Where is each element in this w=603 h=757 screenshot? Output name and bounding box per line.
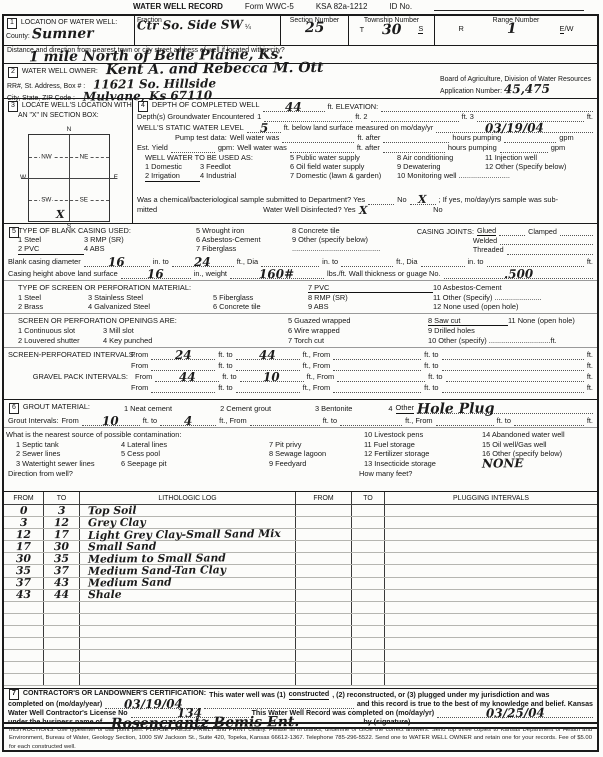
spi-from-value: 24 [175,351,192,359]
blank-line [341,258,393,267]
screen-material-title: TYPE OF SCREEN OR PERFORATION MATERIAL: [18,283,308,293]
plugging-to-blank [352,505,385,516]
blank-line [500,236,593,245]
plugging-interval-blank [385,674,597,685]
county-cell: 1LOCATION OF WATER WELL: County: Sumner [4,16,135,45]
screen-opening-option: 3 Mill slot [103,326,288,335]
ft-label: ft. [587,372,593,382]
casing-option: 7 Fiberglass [196,244,292,254]
groundwater-3-label: ft. 3 [462,112,474,122]
screen-opening-option: 2 Louvered shutter [18,336,103,345]
screen-material-option: 4 Galvanized Steel [88,302,213,311]
plugging-from-blank [296,517,352,528]
depth-completed-label: DEPTH OF COMPLETED WELL [152,100,260,109]
casing-diameter-blank: 16 [84,258,150,267]
locate-title-line1: LOCATE WELL'S LOCATION WITH [22,102,132,109]
ft-label: ft. [587,350,593,360]
wall-thickness-blank: .500 [444,270,594,279]
litho-from-value [4,662,44,673]
casing-diameter-label: Blank casing diameter [8,257,81,267]
litho-description-value: Shale [80,590,296,601]
litho-to-value [44,626,80,637]
plugging-to-blank [352,565,385,576]
plugging-interval-blank [385,541,597,552]
plugging-to-blank [352,674,385,685]
litho-from-value: 12 [4,529,44,540]
casing-option: 1 Steel [18,235,84,244]
litho-to-value [44,674,80,685]
openings-title: SCREEN OR PERFORATION OPENINGS ARE: [18,316,288,326]
blank-casing-options: TYPE OF BLANK CASING USED:5 Wrought iron… [4,226,417,255]
completed-date-value: 03/19/04 [124,700,183,709]
township-t-label: T [360,25,365,34]
casing-option: 5 Wrought iron [196,226,292,235]
contamination-option: 2 Sewer lines [16,449,121,459]
in-to-label: in. to [468,257,484,267]
plugging-from-blank [296,626,352,637]
ft-dia-label: ft., Dia [237,257,258,267]
contamination-option: 5 Cess pool [121,449,269,459]
gravel-pack-intervals-label: GRAVEL PACK INTERVALS: [8,372,132,382]
grout-option-other-selected: Other [396,403,414,414]
litho-description-value: Medium Sand [88,580,172,587]
id-number-blank [434,2,584,11]
litho-from-value: 37 [16,580,31,586]
casing-joints-block: CASING JOINTS:GluedClamped Welded Thread… [417,226,597,255]
litho-from-value [4,650,44,661]
locate-title-line2: AN "X" IN SECTION BOX: [4,112,132,120]
litho-from-value: 35 [16,568,31,574]
fraction-cell: Fraction Ctr So. Side SW ¼ [135,16,281,45]
screen-perforated-intervals-label: SCREEN-PERFORATED INTERVALS: [8,350,128,360]
water-well-record-document: WATER WELL RECORD Form WWC-5 KSA 82a-121… [0,0,603,757]
litho-description-value [80,602,296,613]
litho-to-value: 37 [54,568,69,574]
grout-to-value: 4 [184,417,192,425]
grout-option-bentonite: 3 Bentonite [315,404,352,414]
plugging-interval-blank [385,662,597,673]
spi-from-blank: 24 [151,351,215,360]
litho-from-value: 3 [20,520,28,526]
in-to-label: in. to [153,257,169,267]
plugging-from-blank [296,578,352,589]
blank-line [333,362,421,371]
screen-opening-option: 6 Wire wrapped [288,326,428,335]
litho-to-value: 35 [44,553,80,564]
contamination-option: 9 Feedyard [269,459,364,469]
litho-to-value: 17 [54,532,69,538]
ft-to-label: ft. to [218,383,232,393]
static-water-level-label: WELL'S STATIC WATER LEVEL [137,123,244,133]
blank-line [446,373,584,382]
statute-reference: KSA 82a-1212 [316,2,368,11]
screen-material-option: 5 Fiberglass [213,293,308,302]
litho-to-value: 30 [54,544,69,550]
quadrant-se-label: SE [79,196,89,203]
litho-to-value: 37 [44,565,80,576]
yield-well-water-label: Well water was [237,143,287,153]
casing-title: TYPE OF BLANK CASING USED: [18,226,196,235]
contamination-option: 12 Fertilizer storage [364,449,482,459]
yield-gpm-blank [500,144,548,153]
contamination-options: What is the nearest source of possible c… [4,427,597,468]
ft-from-label: ft., From [307,372,335,382]
screen-opening-option: 10 Other (specify) .....................… [428,336,594,345]
casing-weight-blank: 160# [230,270,324,279]
pump-hours-blank [383,134,449,143]
casing-weight-value: 160# [259,269,294,277]
litho-description-value: Medium Sand-Tan Clay [80,565,296,576]
screen-material-option: 1 Steel [18,293,88,302]
county-value: Sumner [32,30,94,39]
litho-to-value: 3 [44,505,80,516]
table-row: 3035Medium to Small Sand [4,553,597,565]
plugging-interval-blank [385,505,597,516]
table-row [4,638,597,650]
how-many-feet-label: How many feet? [359,469,412,479]
litho-from-value: 30 [4,553,44,564]
disinfected-no-label: No [433,205,442,215]
plugging-to-blank [352,578,385,589]
plugging-from-blank [296,662,352,673]
ft-to-label: ft. to [424,361,438,371]
casing-option: ........................................… [292,244,404,254]
plugging-from-blank [296,541,352,552]
section-7-number: 7 [9,689,19,700]
contamination-option: 1 Septic tank [16,440,121,450]
section-depth-details: 4DEPTH OF COMPLETED WELL 44 ft. ELEVATIO… [133,99,597,223]
plugging-interval-blank [385,565,597,576]
use-option: 1 Domestic [145,162,200,171]
plugging-to-blank [352,602,385,613]
blank-line [487,258,584,267]
litho-to-value: 12 [54,520,69,526]
sample-question-cont-label: ; If yes, mo/day/yrs sample was sub- [439,195,559,205]
casing-diameter-value: 16 [108,258,125,266]
plugging-interval-blank [385,614,597,625]
quarter-symbol: ¼ [245,24,251,31]
litho-from-value: 43 [4,590,44,601]
township-value: 30 [381,26,401,34]
plugging-interval-blank [385,578,597,589]
groundwater-ft-label: ft. [587,112,593,122]
litho-to-value [44,602,80,613]
use-option: 6 Oil field water supply [290,162,397,171]
plugging-from-blank [296,505,352,516]
screen-opening-option: 1 Continuous slot [18,326,103,335]
blank-line [499,227,525,236]
litho-from-value: 3 [4,517,44,528]
use-option: 10 Monitoring well .....................… [397,171,594,181]
screen-material-option: 9 ABS [308,302,433,311]
table-row [4,614,597,626]
ft-to-label: ft. to [323,416,337,426]
from-label: From [62,416,79,426]
ft-label: ft. [587,416,593,426]
gpi-from-value: 44 [179,373,196,381]
litho-from-value [4,674,44,685]
blank-line [514,417,584,426]
grout-option-cement-grout: 2 Cement grout [220,404,271,414]
section-4-number: 4 [138,101,148,112]
use-option: 5 Public water supply [290,153,397,162]
plugging-from-blank [296,529,352,540]
ft-to-label: ft. to [222,372,236,382]
plugging-to-blank [352,614,385,625]
casing-joint-glued-selected: Glued [477,226,496,236]
casing-option: 6 Asbestos-Cement [196,235,292,244]
document-title: WATER WELL RECORD [133,2,223,11]
est-yield-blank [171,144,215,153]
litho-description-value: Light Grey Clay-Small Sand Mix [80,529,296,540]
blank-line [337,373,425,382]
litho-description-value [80,650,296,661]
range-cell: Range Number R1E/W [435,16,597,45]
wall-thickness-label: lbs./ft. Wall thickness or guage No. [327,269,441,279]
lithologic-table: FROMTOLITHOLOGIC LOGFROMTOPLUGGING INTER… [4,492,597,689]
litho-to-value: 3 [58,508,66,514]
sample-no-blank: X [410,196,436,205]
section-6-number: 6 [9,403,19,414]
litho-from-value: 0 [4,505,44,516]
litho-from-value: 17 [4,541,44,552]
litho-to-value [44,638,80,649]
casing-height-label: Casing height above land surface [8,269,118,279]
depth-completed-blank: 44 [263,103,325,112]
plugging-to-blank [352,662,385,673]
casing-option: 9 Other (specify below) [292,235,404,244]
grout-intervals-label: Grout Intervals: [8,416,59,426]
litho-description-value: Top Soil [88,507,137,514]
sample-yes-blank [368,196,394,205]
ft-from-label: ft., From [219,416,247,426]
plugging-interval-blank [385,638,597,649]
litho-to-value: 44 [44,590,80,601]
litho-description-value: Light Grey Clay-Small Sand Mix [88,531,281,539]
plugging-interval-blank [385,602,597,613]
ft-to-label: ft. to [143,416,157,426]
quadrant-ne-label: NE [79,153,90,160]
plugging-interval-blank [385,529,597,540]
plugging-to-blank [352,553,385,564]
form-body: 1LOCATION OF WATER WELL: County: Sumner … [2,14,599,729]
section-owner: 2WATER WELL OWNER: Kent A. and Rebecca M… [4,64,597,99]
contamination-option: 11 Fuel storage [364,440,482,450]
litho-to-value: 12 [44,517,80,528]
yield-level-blank [290,144,354,153]
completed-on-label: completed on (mo/day/year) [8,700,102,709]
contamination-option: 10 Livestock pens [364,430,482,440]
township-cell: Township Number T30S [349,16,435,45]
ft-dia-label: ft., Dia [396,257,417,267]
table-row [4,674,597,686]
section-casing: 5 TYPE OF BLANK CASING USED:5 Wrought ir… [4,224,597,400]
sample-no-mark: X [418,196,427,204]
litho-to-value [44,662,80,673]
form-number: Form WWC-5 [245,2,294,11]
plugging-interval-blank [385,517,597,528]
yield-ft-after-label: ft. after [357,143,380,153]
owner-address-value: 11621 So. Hillside [93,79,216,88]
ft-to-label: ft. to [218,350,232,360]
record-date-value: 03/25/04 [486,709,545,718]
pump-level-blank [282,134,354,143]
litho-to-value [44,650,80,661]
contamination-option: 14 Abandoned water well [482,430,594,440]
pump-gpm-blank [504,134,556,143]
contamination-none-value: NONE [482,458,594,469]
litho-description-value: Shale [88,592,122,598]
casing-depth-value: 24 [194,258,211,266]
litho-from-value: 12 [16,532,31,538]
ft-label: ft. [587,361,593,371]
range-value: 1 [507,25,517,33]
spi-to-blank: 44 [236,351,300,360]
litho-from-value: 43 [16,592,31,598]
blank-line [151,384,215,393]
record-date-blank: 03/25/04 [437,709,593,718]
screen-material-option: 6 Concrete tile [213,302,308,311]
litho-description-value [80,638,296,649]
plugging-interval-blank [385,553,597,564]
casing-height-blank: 16 [121,270,191,279]
column-header: PLUGGING INTERVALS [385,492,597,504]
litho-from-value [4,614,44,625]
grout-option-other-number: 4 [388,404,392,414]
document-header: WATER WELL RECORD Form WWC-5 KSA 82a-121… [0,2,603,11]
section-grout: 6GROUT MATERIAL: 1 Neat cement 2 Cement … [4,400,597,492]
disinfected-label: Water Well Disinfected? Yes [263,205,355,215]
ft-label: ft. [587,257,593,267]
sample-question-wrap-label: mitted [137,205,157,215]
ft-to-label: ft. to [428,372,442,382]
spi-to-value: 44 [259,351,276,359]
casing-depth-blank: 24 [172,258,234,267]
owner-name-value: Kent A. and Rebecca M. Ott [106,64,323,74]
table-row [4,662,597,674]
casing-option: 8 Concrete tile [292,226,404,235]
blank-line [442,362,584,371]
yield-hours-blank [383,144,445,153]
litho-description-value: Medium to Small Sand [88,555,226,562]
screen-material-option: 3 Stainless Steel [88,293,213,302]
litho-from-value: 0 [20,508,28,514]
contamination-option: 8 Sewage lagoon [269,449,364,459]
section-3-number: 3 [8,101,18,112]
contamination-option: 4 Lateral lines [121,440,269,450]
use-option-irrigation-selected: 2 Irrigation [145,171,200,181]
measured-date-blank: 03/19/04 [436,124,593,133]
litho-description-value: Small Sand [88,543,156,550]
est-yield-label: Est. Yield [137,143,168,153]
litho-from-value: 30 [16,556,31,562]
contamination-option: 3 Watertight sewer lines [16,459,121,469]
screen-option-pvc-selected: 7 PVC [308,283,433,293]
yield-hours-label: hours pumping [448,143,497,153]
litho-description-value [80,614,296,625]
blank-line [333,351,421,360]
screen-material-option: 2 Brass [18,302,88,311]
screen-material-option: 11 Other (Specify) .....................… [433,293,594,302]
blank-line [442,351,584,360]
application-number-label: Application Number: [440,88,502,95]
blank-line [436,417,494,426]
screen-material-option: 8 RMP (SR) [308,293,433,302]
grout-other-value: Hole Plug [417,405,495,414]
use-option: 11 Injection well [485,153,594,162]
litho-from-value [4,638,44,649]
certification-line2b: and this record is true to the best of m… [357,700,593,709]
section-number-cell: Section Number 25 [281,16,349,45]
direction-from-well-label: Direction from well? [8,469,356,479]
application-number-value: 45,475 [504,85,550,93]
gpi-from-blank: 44 [155,373,219,382]
gpi-to-value: 10 [263,373,280,381]
ft-from-label: ft., From [405,416,433,426]
blank-line [236,384,300,393]
screen-opening-option: 5 Guazed wrapped [288,316,428,326]
plugging-from-blank [296,565,352,576]
plugging-to-blank [352,541,385,552]
use-option: 3 Feedlot [200,162,290,171]
screen-opening-option: 11 None (open hole) [508,316,594,326]
measured-date-value: 03/19/04 [485,124,544,133]
litho-to-value [44,614,80,625]
groundwater-label: Depth(s) Groundwater Encountered [137,112,254,122]
screen-opening-options: SCREEN OR PERFORATION OPENINGS ARE:5 Gua… [4,313,597,345]
litho-to-value: 35 [54,556,69,562]
use-option: 9 Dewatering [397,162,485,171]
owner-address-label: RR#, St. Address, Box # : [7,83,85,90]
plugging-interval-blank [385,650,597,661]
casing-height-value: 16 [147,270,164,278]
blank-line [442,384,584,393]
section-location-depth: 3LOCATE WELL'S LOCATION WITH AN "X" IN S… [4,99,597,224]
certification-line1a: This water well was (1) [209,691,285,700]
range-r-label: R [458,24,463,33]
grout-to-blank: 4 [160,417,216,426]
blank-line [421,258,465,267]
plugging-from-blank [296,602,352,613]
range-ew-label: E/W [560,24,574,33]
id-number-label: ID No. [389,2,412,11]
well-location-x-mark: X [56,211,65,219]
static-water-level-value: 5 [259,124,267,132]
section-1-number: 1 [7,18,17,29]
blank-line [204,700,354,709]
section-diagram: N S W E NW NE SW SE X [28,134,110,222]
casing-joint-welded-label: Welded [473,236,497,245]
quadrant-nw-label: NW [40,153,53,160]
plugging-interval-blank [385,626,597,637]
screen-opening-option: 7 Torch cut [288,336,428,345]
fraction-value: Ctr So. Side SW [137,20,243,29]
certification-line1b: , (2) reconstructed, or (3) plugged unde… [332,691,549,700]
contamination-option: 13 Insecticide storage [364,459,482,469]
plugging-from-blank [296,650,352,661]
use-option: 7 Domestic (lawn & garden) [290,171,397,181]
pump-gpm-label: gpm [559,133,573,143]
static-water-level-blank: 5 [247,124,281,133]
elevation-label: ft. ELEVATION: [328,102,379,112]
blank-line [261,258,319,267]
ft-label: ft. [587,383,593,393]
owner-title: WATER WELL OWNER: [22,68,98,75]
from-label: From [135,372,152,382]
litho-description-value [80,674,296,685]
plugging-from-blank [296,590,352,601]
column-header: LITHOLOGIC LOG [80,492,296,504]
